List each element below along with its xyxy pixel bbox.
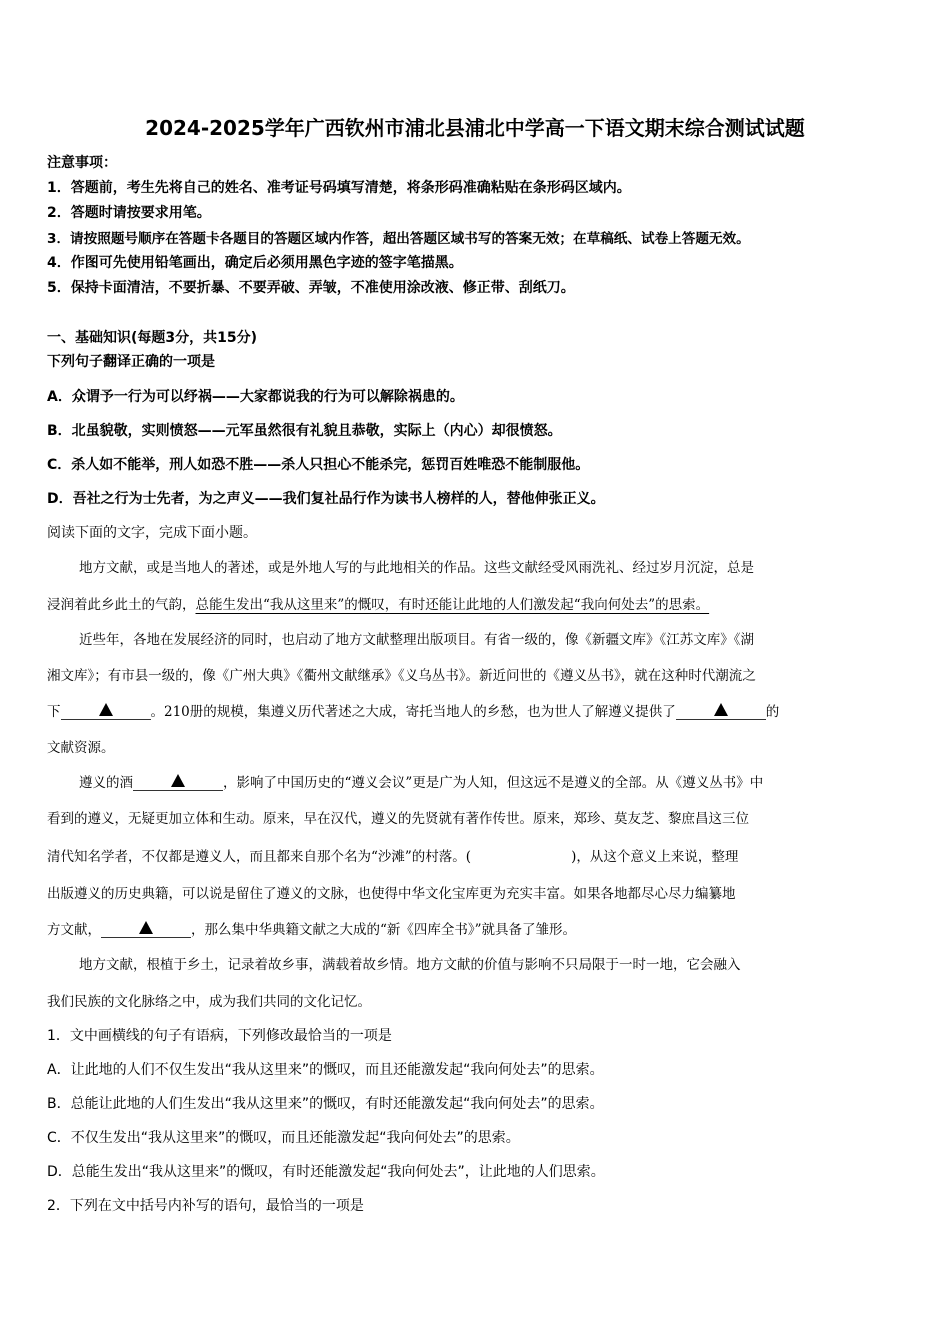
passage-text: )，从这个意义上来说，整理 [571,849,738,865]
notice-item: 2．答题时请按要求用笔。 [47,202,211,222]
reading-instruction: 阅读下面的文字，完成下面小题。 [47,522,257,542]
option-b: B．北虽貌敬，实则愤怒——元军虽然很有礼貌且恭敬，实际上（内心）却很愤怒。 [47,420,562,440]
underlined-sentence: 总能生发出“我从这里来”的慨叹，有时还能让此地的人们激发起“我向何处去”的思索。 [196,597,710,613]
passage-text: 方文献， [47,922,101,938]
passage-p4-line2: 我们民族的文化脉络之中，成为我们共同的文化记忆。 [47,990,371,1010]
question-1-stem: 1．文中画横线的句子有语病，下列修改最恰当的一项是 [47,1025,392,1045]
triangle-marker-icon [99,703,113,716]
option-c: C．杀人如不能举，刑人如恐不胜——杀人只担心不能杀完，惩罚百姓唯恐不能制服他。 [47,454,589,474]
option-a: A．众谓予一行为可以纾祸——大家都说我的行为可以解除祸患的。 [47,386,464,406]
question-stem: 下列句子翻译正确的一项是 [47,351,215,371]
triangle-marker-icon [171,774,185,787]
triangle-marker-icon [714,703,728,716]
passage-text: 下 [47,704,61,720]
passage-p3-line5: 方文献，，那么集中华典籍文献之大成的“新《四库全书》”就具备了雏形。 [47,918,576,938]
q1-option-a: A．让此地的人们不仅生发出“我从这里来”的慨叹，而且还能激发起“我向何处去”的思… [47,1059,604,1079]
passage-p2-line2: 湘文库》；有市县一级的，像《广州大典》《衢州文献继承》《义乌丛书》。新近问世的《… [47,664,756,684]
passage-p2-line4: 文献资源。 [47,736,115,756]
q1-option-d: D．总能生发出“我从这里来”的慨叹，有时还能激发起“我向何处去”，让此地的人们思… [47,1161,605,1181]
passage-p3-line1: 遵义的酒，影响了中国历史的“遵义会议”更是广为人知，但这远不是遵义的全部。从《遵… [79,771,763,791]
notice-item: 1．答题前，考生先将自己的姓名、准考证号码填写清楚，将条形码准确粘贴在条形码区域… [47,177,631,197]
passage-p2-line3: 下。210册的规模，集遵义历代著述之大成，寄托当地人的乡愁，也为世人了解遵义提供… [47,700,779,720]
page-title: 2024-2025学年广西钦州市浦北县浦北中学高一下语文期末综合测试试题 [0,112,950,141]
passage-text: ，影响了中国历史的“遵义会议”更是广为人知，但这远不是遵义的全部。从《遵义丛书》… [223,775,763,791]
fill-blank [101,921,191,938]
passage-text: 浸润着此乡此土的气韵， [47,597,196,613]
notice-item: 5．保持卡面清洁，不要折暴、不要弄破、弄皱，不准使用涂改液、修正带、刮纸刀。 [47,277,575,297]
section-heading: 一、基础知识(每题3分，共15分) [47,327,257,347]
passage-text: 遵义的酒 [79,775,133,791]
notice-item: 4．作图可先使用铅笔画出，确定后必须用黑色字迹的签字笔描黑。 [47,252,463,272]
passage-p2-line1: 近些年，各地在发展经济的同时，也启动了地方文献整理出版项目。有省一级的，像《新疆… [79,628,754,648]
notice-item: 3．请按照题号顺序在答题卡各题目的答题区域内作答，超出答题区域书写的答案无效；在… [47,227,750,247]
passage-p3-line2: 看到的遵义，无疑更加立体和生动。原来，早在汉代，遵义的先贤就有著作传世。原来，郑… [47,807,749,827]
q1-option-b: B．总能让此地的人们生发出“我从这里来”的慨叹，有时还能激发起“我向何处去”的思… [47,1093,604,1113]
document-page: 2024-2025学年广西钦州市浦北县浦北中学高一下语文期末综合测试试题 注意事… [0,0,950,1344]
option-d: D．吾社之行为士先者，为之声义——我们复社品行作为读书人榜样的人，替他伸张正义。 [47,488,605,508]
fill-blank [133,774,223,791]
passage-text: 。210册的规模，集遵义历代著述之大成，寄托当地人的乡愁，也为世人了解遵义提供了 [151,704,676,720]
fill-blank [676,703,766,720]
passage-p1-line2: 浸润着此乡此土的气韵，总能生发出“我从这里来”的慨叹，有时还能让此地的人们激发起… [47,593,709,613]
passage-p1-line1: 地方文献，或是当地人的著述，或是外地人写的与此地相关的作品。这些文献经受风雨洗礼… [79,556,754,576]
question-2-stem: 2．下列在文中括号内补写的语句，最恰当的一项是 [47,1195,364,1215]
passage-p3-line4: 出版遵义的历史典籍，可以说是留住了遵义的文脉，也使得中华文化宝库更为充实丰富。如… [47,882,736,902]
passage-p3-line3: 清代知名学者，不仅都是遵义人，而且都来自那个名为“沙滩”的村落。()，从这个意义… [47,845,738,865]
triangle-marker-icon [139,921,153,934]
passage-text: ，那么集中华典籍文献之大成的“新《四库全书》”就具备了雏形。 [191,922,576,938]
passage-text: 的 [766,704,780,720]
passage-text: 清代知名学者，不仅都是遵义人，而且都来自那个名为“沙滩”的村落。( [47,849,471,865]
passage-p4-line1: 地方文献，根植于乡土，记录着故乡事，满载着故乡情。地方文献的价值与影响不只局限于… [79,953,741,973]
notice-heading: 注意事项： [47,152,117,172]
fill-blank [61,703,151,720]
q1-option-c: C．不仅生发出“我从这里来”的慨叹，而且还能激发起“我向何处去”的思索。 [47,1127,520,1147]
